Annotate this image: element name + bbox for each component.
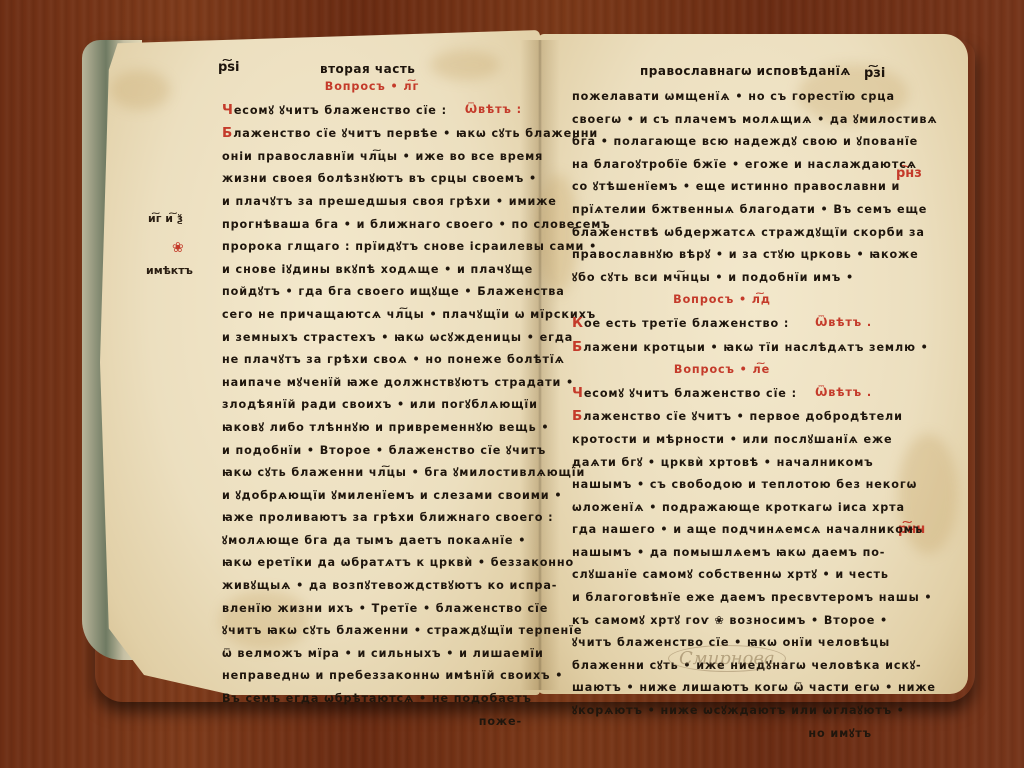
text-line: злодѣянїй ради своихъ • или погꙋблѧющїи xyxy=(222,394,522,417)
left-text-column: Вопросъ • л͠г Чесомꙋ ꙋчитъ блаженство сї… xyxy=(222,76,522,733)
folio-number-left: р͠ѕі xyxy=(218,60,240,75)
text-line: сего не причащаютсѧ чл͠цы • плачꙋщїи ѡ м… xyxy=(222,304,522,327)
folio-number-right: р͠зі xyxy=(864,66,885,81)
text-line: ꙋбо сꙋть вси мч͠нцы • и подобнїи имъ • xyxy=(572,267,872,290)
text-line: прогнѣваша бга • и ближнаго своего • по … xyxy=(222,214,522,237)
red-initial: Ч xyxy=(222,102,234,118)
text-line: блаженствѣ ѡбдержатсѧ страждꙋщїи скорби … xyxy=(572,222,872,245)
ownership-stamp: Смирнова xyxy=(668,645,786,672)
red-initial: Б xyxy=(572,408,583,424)
text-line: со ꙋтѣшенїемъ • еще истинно православни … xyxy=(572,176,872,199)
text-line: пожелавати ѡмщенїѧ • но съ горестїю срца xyxy=(572,86,872,109)
text-line: и снове іꙋдины вкꙋпѣ ходѧще • и плачꙋще xyxy=(222,259,522,282)
text-line: нашымъ • съ свободою и теплотою без неко… xyxy=(572,474,872,497)
red-initial: Ч xyxy=(572,385,584,401)
text-line: Блаженство сїе ꙋчитъ первѣе • ꙗкѡ сꙋть б… xyxy=(222,122,522,146)
question-heading-35: Вопросъ • л͠е xyxy=(572,359,872,382)
running-head-left: вторая часть xyxy=(320,62,415,76)
text-line: ꙋчитъ ꙗкѡ сꙋть блаженни • страждꙋщїи тер… xyxy=(222,620,522,643)
text-line: кротости и мѣрности • или послꙋшанїѧ еже xyxy=(572,429,872,452)
text-line: Блажени кротцыи • ꙗкѡ тїи наслѣдѧтъ земл… xyxy=(572,336,872,360)
text-line: и плачꙋтъ за прешедшыя своя грѣхи • имиж… xyxy=(222,191,522,214)
text-line: оні̇и православнїи чл͠цы • иже во все вр… xyxy=(222,146,522,169)
text-line: и ꙋдобрѧющїи ꙋмиленїемъ и слезами своими… xyxy=(222,485,522,508)
text-line: даѧти бгꙋ • црквѝ хртовѣ • началникомъ xyxy=(572,452,872,475)
text-line: бга • полагающе всю надеждꙋ свою и ꙋпова… xyxy=(572,131,872,154)
text-line: пойдꙋтъ • гда бга своего ищꙋще • Блаженс… xyxy=(222,281,522,304)
text-line: Чесомꙋ ꙋчитъ блаженство сїе :Ѿвѣтъ : xyxy=(222,99,522,123)
text-line: ꙗкѡ еретїки да ѡбратѧтъ к црквѝ • беззак… xyxy=(222,552,522,575)
text-line: православнꙋю вѣрꙋ • и за стꙋю црковь • ꙗ… xyxy=(572,244,872,267)
text-line: ꙗже проливаютъ за грѣхи ближнаго своего … xyxy=(222,507,522,530)
catchword: поже- xyxy=(222,711,522,734)
text-line: ꙗковꙋ либо тлѣннꙋю и привременнꙋю вещь • xyxy=(222,417,522,440)
text-line: пророка глщаго : прїидꙋтъ снове ісраилев… xyxy=(222,236,522,259)
text-line: жизни своея болѣзнꙋютъ въ срцы своемъ • xyxy=(222,168,522,191)
text-line: прїѧтелии бжтвенныѧ благодати • Въ семъ … xyxy=(572,199,872,222)
margin-note-left-1: и͠г и͠ ѯ xyxy=(148,212,183,225)
red-initial: Б xyxy=(222,125,233,141)
text-line: Блаженство сїе ꙋчитъ • первое добродѣтел… xyxy=(572,405,872,429)
red-initial: К xyxy=(572,315,584,331)
text-line: нашымъ • да помышлѧемъ ꙗкѡ даемъ по- xyxy=(572,542,872,565)
text-line: на благоꙋтробїе бжїе • егоже и наслаждаю… xyxy=(572,154,872,177)
text-line: и благоговѣнїе еже даемъ пресвѵтеромъ на… xyxy=(572,587,872,610)
text-line: шаютъ • ниже лишаютъ когѡ ѿ части егѡ • … xyxy=(572,677,872,700)
text-line: ѡложенїѧ • подражающе кроткагѡ іиса хрта xyxy=(572,497,872,520)
question-heading-34: Вопросъ • л͠д xyxy=(572,289,872,312)
text-line: ꙋкорѧютъ • ниже ѡсꙋждаютъ или ѡглаꙋютъ • xyxy=(572,700,872,723)
text-line: не плачꙋтъ за грѣхи своѧ • но понеже бол… xyxy=(222,349,522,372)
text-line: Въ семъ егда ѡбрѣтаютсѧ • не подобаетъ xyxy=(222,688,522,711)
open-manuscript-book: р͠ѕі вторая часть и͠г и͠ ѯ ❀ имѣктъ Вопр… xyxy=(0,0,1024,768)
text-line: ꙋмолѧюще бга да тымъ даетъ покаѧнїе • xyxy=(222,530,522,553)
text-line: живꙋщыѧ • да возпꙋтевождствꙋютъ ко испра… xyxy=(222,575,522,598)
margin-note-left-2: имѣктъ xyxy=(146,264,193,277)
text-line: неправеднѡ и пребеззаконнѡ имѣнїй своихъ… xyxy=(222,665,522,688)
red-initial: Б xyxy=(572,339,583,355)
text-line: своегѡ • и съ плачемъ молѧщиѧ • да ꙋмило… xyxy=(572,109,872,132)
text-line: слꙋшанїе самомꙋ собственнѡ хртꙋ • и чест… xyxy=(572,564,872,587)
text-line: къ самомꙋ хртꙋ гоѵ ❀ возносимъ • Второе … xyxy=(572,610,872,633)
text-line: вленїю жизни ихъ • Третїе • блаженство с… xyxy=(222,598,522,621)
text-line: гда нашего • и аще подчинѧемсѧ началнико… xyxy=(572,519,872,542)
running-head-right: православнагѡ исповѣданїѧ xyxy=(640,64,851,78)
text-line: Кое есть третїе блаженство :Ѿвѣтъ . xyxy=(572,312,872,336)
text-line: и подобнїи • Второе • блаженство сїе ꙋчи… xyxy=(222,440,522,463)
question-heading: Вопросъ • л͠г xyxy=(222,76,522,99)
catchword: но имꙋтъ xyxy=(572,723,872,746)
text-line: Чесомꙋ ꙋчитъ блаженство сїе :Ѿвѣтъ . xyxy=(572,382,872,406)
text-line: наипаче мꙋченїй ꙗже должнствꙋютъ страдат… xyxy=(222,372,522,395)
text-line: ѿ велможъ мїра • и сильныхъ • и лишаемїи xyxy=(222,643,522,666)
text-line: ꙗкѡ сꙋть блаженни чл͠цы • бга ꙋмилостивл… xyxy=(222,462,522,485)
text-line: и земныхъ страстехъ • ꙗкѡ ѡсꙋжденицы • е… xyxy=(222,327,522,350)
margin-flower-icon: ❀ xyxy=(172,240,184,256)
